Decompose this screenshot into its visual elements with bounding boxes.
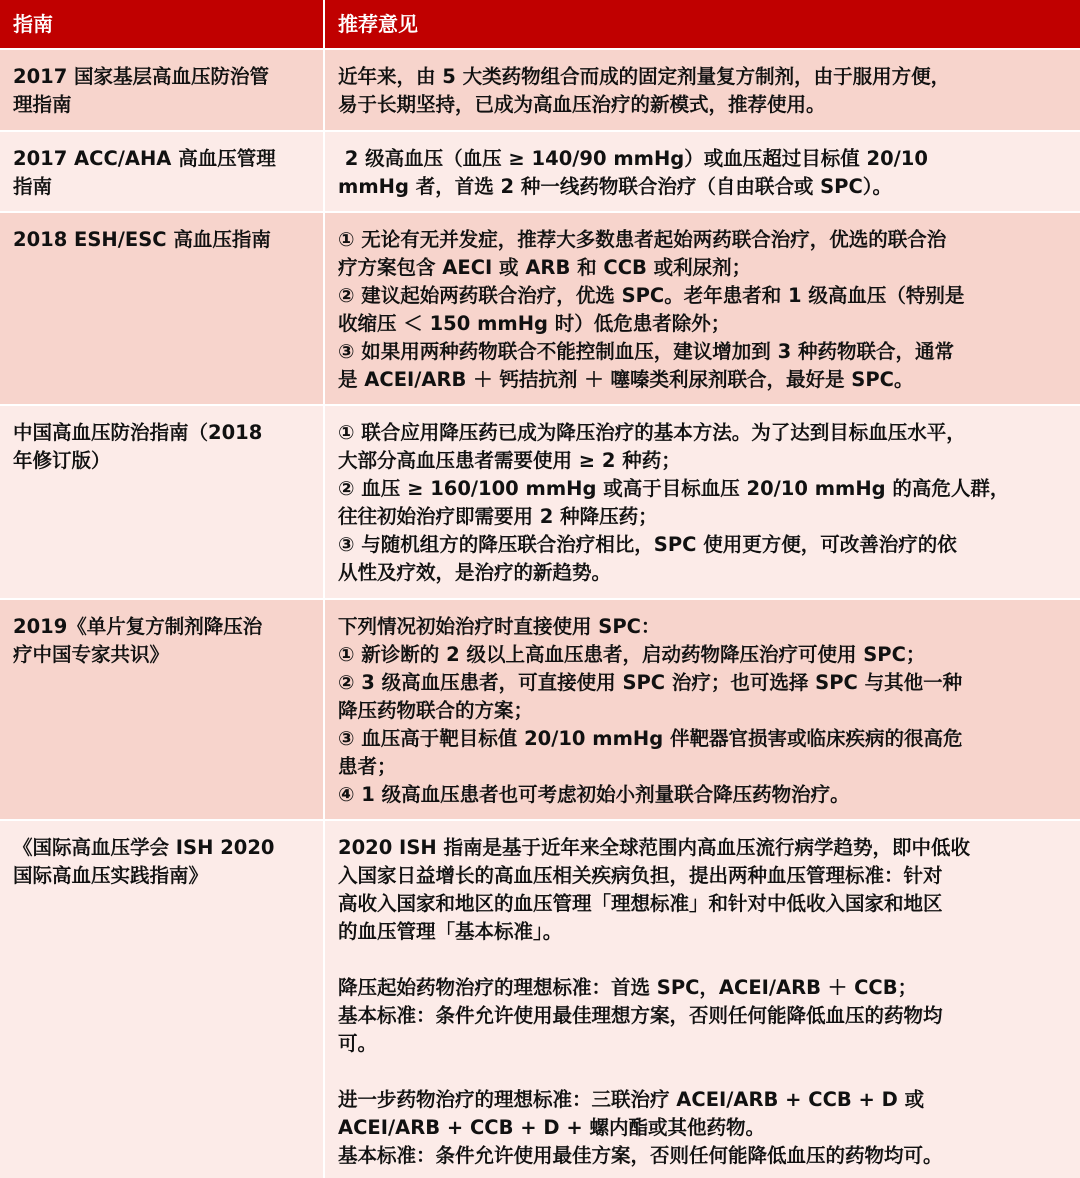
recommendation-text: ④ 1 级高血压患者也可考虑初始小剂量联合降压药物治疗。 [338, 781, 1067, 809]
recommendation-text: 基本标准：条件允许使用最佳方案，否则任何能降低血压的药物均可。 [338, 1142, 1067, 1170]
recommendation-text: 从性及疗效，是治疗的新趋势。 [338, 559, 1067, 587]
recommendation-text: 降压药物联合的方案； [338, 697, 1067, 725]
table-row: 2017 国家基层高血压防治管 理指南 近年来，由 5 大类药物组合而成的固定剂… [0, 50, 1080, 132]
recommendation-text: ① 无论有无并发症，推荐大多数患者起始两药联合治疗，优选的联合治 [338, 226, 1067, 254]
guide-cell: 2017 国家基层高血压防治管 理指南 [0, 50, 325, 132]
guide-cell: 2017 ACC/AHA 高血压管理 指南 [0, 132, 325, 213]
table-header-row: 指南 推荐意见 [0, 0, 1080, 50]
recommendation-text: 2 级高血压（血压 ≥ 140/90 mmHg）或血压超过目标值 20/10 [338, 145, 1067, 173]
recommendation-cell: ① 联合应用降压药已成为降压治疗的基本方法。为了达到目标血压水平， 大部分高血压… [325, 406, 1080, 600]
guide-text: 《国际高血压学会 ISH 2020 [13, 834, 310, 862]
recommendation-text: 的血压管理「基本标准」。 [338, 918, 1067, 946]
table-row: 2019《单片复方制剂降压治 疗中国专家共识》 下列情况初始治疗时直接使用 SP… [0, 600, 1080, 821]
recommendation-text: 进一步药物治疗的理想标准：三联治疗 ACEI/ARB + CCB + D 或 [338, 1086, 1067, 1114]
guide-text: 2019《单片复方制剂降压治 [13, 613, 310, 641]
recommendation-text: ② 血压 ≥ 160/100 mmHg 或高于目标血压 20/10 mmHg 的… [338, 475, 1067, 503]
recommendation-text: 入国家日益增长的高血压相关疾病负担，提出两种血压管理标准：针对 [338, 862, 1067, 890]
recommendation-cell: 下列情况初始治疗时直接使用 SPC： ① 新诊断的 2 级以上高血压患者，启动药… [325, 600, 1080, 821]
recommendation-text: ② 建议起始两药联合治疗，优选 SPC。老年患者和 1 级高血压（特别是 [338, 282, 1067, 310]
paragraph-gap [338, 946, 1067, 974]
recommendation-text: 近年来，由 5 大类药物组合而成的固定剂量复方制剂，由于服用方便， [338, 63, 1067, 91]
recommendation-cell: 近年来，由 5 大类药物组合而成的固定剂量复方制剂，由于服用方便， 易于长期坚持… [325, 50, 1080, 132]
recommendation-text: ACEI/ARB + CCB + D + 螺内酯或其他药物。 [338, 1114, 1067, 1142]
recommendation-text: ③ 血压高于靶目标值 20/10 mmHg 伴靶器官损害或临床疾病的很高危 [338, 725, 1067, 753]
guide-text: 国际高血压实践指南》 [13, 862, 310, 890]
recommendation-text: 大部分高血压患者需要使用 ≥ 2 种药； [338, 447, 1067, 475]
recommendation-text: ① 新诊断的 2 级以上高血压患者，启动药物降压治疗可使用 SPC； [338, 641, 1067, 669]
guide-text: 2018 ESH/ESC 高血压指南 [13, 226, 310, 254]
guide-cell: 2019《单片复方制剂降压治 疗中国专家共识》 [0, 600, 325, 821]
guide-cell: 中国高血压防治指南（2018 年修订版） [0, 406, 325, 600]
recommendation-text: 收缩压 ＜ 150 mmHg 时）低危患者除外； [338, 310, 1067, 338]
guide-text: 指南 [13, 173, 310, 201]
header-recommendation: 推荐意见 [325, 0, 1080, 50]
recommendation-text: 疗方案包含 AECI 或 ARB 和 CCB 或利尿剂； [338, 254, 1067, 282]
header-guide: 指南 [0, 0, 325, 50]
table-row: 《国际高血压学会 ISH 2020 国际高血压实践指南》 2020 ISH 指南… [0, 821, 1080, 1178]
guide-cell: 《国际高血压学会 ISH 2020 国际高血压实践指南》 [0, 821, 325, 1178]
recommendation-text: ① 联合应用降压药已成为降压治疗的基本方法。为了达到目标血压水平， [338, 419, 1067, 447]
recommendation-text: ② 3 级高血压患者，可直接使用 SPC 治疗；也可选择 SPC 与其他一种 [338, 669, 1067, 697]
table-row: 中国高血压防治指南（2018 年修订版） ① 联合应用降压药已成为降压治疗的基本… [0, 406, 1080, 600]
recommendation-text: ③ 如果用两种药物联合不能控制血压，建议增加到 3 种药物联合，通常 [338, 338, 1067, 366]
guide-text: 中国高血压防治指南（2018 [13, 419, 310, 447]
guideline-recommendation-table: 指南 推荐意见 2017 国家基层高血压防治管 理指南 近年来，由 5 大类药物… [0, 0, 1080, 1178]
paragraph-gap [338, 1058, 1067, 1086]
recommendation-cell: 2 级高血压（血压 ≥ 140/90 mmHg）或血压超过目标值 20/10 m… [325, 132, 1080, 213]
recommendation-text: 下列情况初始治疗时直接使用 SPC： [338, 613, 1067, 641]
guide-cell: 2018 ESH/ESC 高血压指南 [0, 213, 325, 406]
guide-text: 2017 国家基层高血压防治管 [13, 63, 310, 91]
recommendation-text: 可。 [338, 1030, 1067, 1058]
recommendation-text: 是 ACEI/ARB ＋ 钙拮抗剂 ＋ 噻嗪类利尿剂联合，最好是 SPC。 [338, 366, 1067, 394]
recommendation-text: 降压起始药物治疗的理想标准：首选 SPC，ACEI/ARB ＋ CCB； [338, 974, 1067, 1002]
recommendation-text: 2020 ISH 指南是基于近年来全球范围内高血压流行病学趋势，即中低收 [338, 834, 1067, 862]
recommendation-text: mmHg 者，首选 2 种一线药物联合治疗（自由联合或 SPC）。 [338, 173, 1067, 201]
recommendation-text: 患者； [338, 753, 1067, 781]
table-row: 2018 ESH/ESC 高血压指南 ① 无论有无并发症，推荐大多数患者起始两药… [0, 213, 1080, 406]
guide-text: 2017 ACC/AHA 高血压管理 [13, 145, 310, 173]
guide-text: 理指南 [13, 91, 310, 119]
recommendation-cell: 2020 ISH 指南是基于近年来全球范围内高血压流行病学趋势，即中低收 入国家… [325, 821, 1080, 1178]
recommendation-text: 基本标准：条件允许使用最佳理想方案，否则任何能降低血压的药物均 [338, 1002, 1067, 1030]
guide-text: 疗中国专家共识》 [13, 641, 310, 669]
guide-text: 年修订版） [13, 447, 310, 475]
recommendation-text: 易于长期坚持，已成为高血压治疗的新模式，推荐使用。 [338, 91, 1067, 119]
table-row: 2017 ACC/AHA 高血压管理 指南 2 级高血压（血压 ≥ 140/90… [0, 132, 1080, 213]
recommendation-text: 高收入国家和地区的血压管理「理想标准」和针对中低收入国家和地区 [338, 890, 1067, 918]
recommendation-cell: ① 无论有无并发症，推荐大多数患者起始两药联合治疗，优选的联合治 疗方案包含 A… [325, 213, 1080, 406]
recommendation-text: ③ 与随机组方的降压联合治疗相比，SPC 使用更方便，可改善治疗的依 [338, 531, 1067, 559]
recommendation-text: 往往初始治疗即需要用 2 种降压药； [338, 503, 1067, 531]
